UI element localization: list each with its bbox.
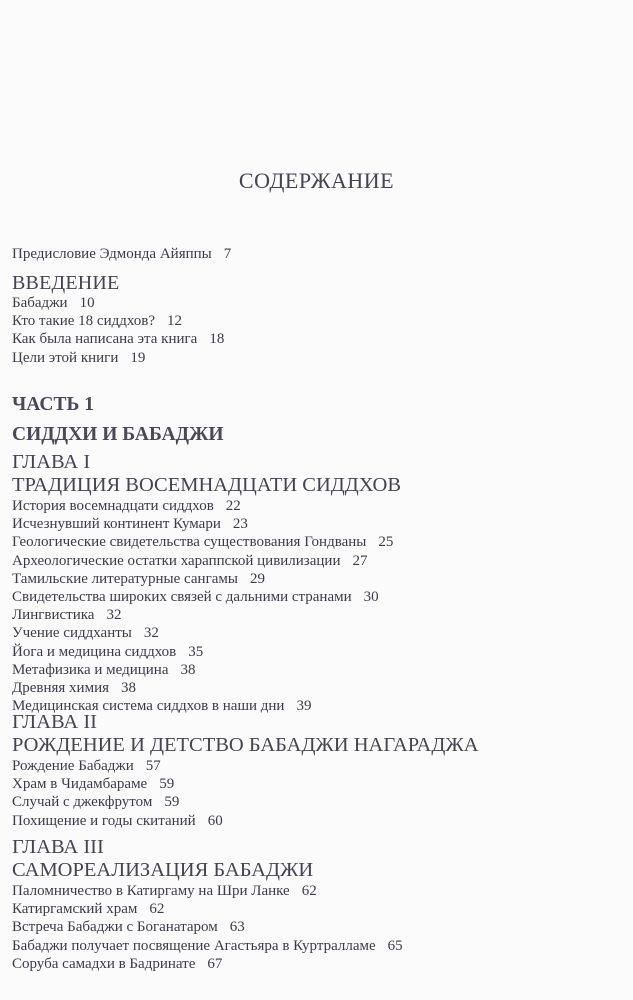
entry-label: Древняя химия [12,680,109,696]
entry-page: 35 [188,644,203,660]
entry-page: 23 [233,516,248,532]
part-label: ЧАСТЬ 1 [12,390,224,420]
toc-entry[interactable]: Древняя химия38 [12,679,401,697]
chapter-label: ГЛАВА II [12,711,479,734]
entry-page: 60 [208,813,223,829]
entry-page: 10 [80,295,95,311]
chapter-label: ГЛАВА III [12,836,403,859]
entry-label: Тамильские литературные сангамы [12,571,238,587]
entry-page: 38 [181,662,196,678]
toc-entry[interactable]: Бабаджи получает посвящение Агастьяра в … [12,937,403,955]
entry-page: 57 [146,758,161,774]
entry-page: 65 [388,938,403,954]
entry-label: Свидетельства широких связей с дальними … [12,589,352,605]
toc-entry[interactable]: Встреча Бабаджи с Боганатаром63 [12,918,403,936]
toc-entry[interactable]: Геологические свидетельства существовани… [12,533,401,551]
entry-label: Учение сиддханты [12,625,132,641]
chapter-title: ТРАДИЦИЯ ВОСЕМНАДЦАТИ СИДДХОВ [12,474,401,497]
entry-label: Как была написана эта книга [12,331,197,347]
toc-entry[interactable]: Метафизика и медицина38 [12,661,401,679]
toc-entry[interactable]: Бабаджи10 [12,294,224,312]
toc-entry[interactable]: Тамильские литературные сангамы29 [12,570,401,588]
entry-label: Археологические остатки хараппской цивил… [12,553,340,569]
page-title: СОДЕРЖАНИЕ [0,168,633,194]
toc-entry[interactable]: Лингвистика32 [12,606,401,624]
entry-page: 62 [302,883,317,899]
entry-page: 32 [106,607,121,623]
entry-page: 67 [207,956,222,972]
entry-page: 7 [224,246,232,262]
entry-label: Геологические свидетельства существовани… [12,534,366,550]
toc-entry[interactable]: Соруба самадхи в Бадринате67 [12,955,403,973]
chapter-title: САМОРЕАЛИЗАЦИЯ БАБАДЖИ [12,859,403,882]
toc-entry[interactable]: Археологические остатки хараппской цивил… [12,552,401,570]
chapter-label: ГЛАВА I [12,451,401,474]
preface-block: Предисловие Эдмонда Айяппы7 [12,245,231,263]
toc-entry[interactable]: Свидетельства широких связей с дальними … [12,588,401,606]
toc-entry[interactable]: Йога и медицина сиддхов35 [12,643,401,661]
toc-entry[interactable]: Цели этой книги19 [12,349,224,367]
entry-page: 32 [144,625,159,641]
entry-page: 25 [378,534,393,550]
entry-page: 29 [250,571,265,587]
entry-label: Рождение Бабаджи [12,758,134,774]
entry-page: 59 [164,794,179,810]
entry-label: Йога и медицина сиддхов [12,644,176,660]
entry-label: Катиргамский храм [12,901,137,917]
toc-entry[interactable]: Как была написана эта книга18 [12,330,224,348]
entry-label: Цели этой книги [12,350,118,366]
toc-entry[interactable]: Исчезнувший континент Кумари23 [12,515,401,533]
chapter-1-section: ГЛАВА I ТРАДИЦИЯ ВОСЕМНАДЦАТИ СИДДХОВ Ис… [12,451,401,715]
entry-label: Случай с джекфрутом [12,794,152,810]
entry-label: Метафизика и медицина [12,662,169,678]
toc-entry[interactable]: Кто такие 18 сиддхов?12 [12,312,224,330]
entry-page: 22 [226,498,241,514]
entry-label: Храм в Чидамбараме [12,776,147,792]
entry-page: 38 [121,680,136,696]
chapter-3-section: ГЛАВА III САМОРЕАЛИЗАЦИЯ БАБАДЖИ Паломни… [12,836,403,973]
chapter-2-section: ГЛАВА II РОЖДЕНИЕ И ДЕТСТВО БАБАДЖИ НАГА… [12,711,479,830]
entry-label: Исчезнувший континент Кумари [12,516,221,532]
toc-entry[interactable]: Похищение и годы скитаний60 [12,812,479,830]
toc-entry-preface[interactable]: Предисловие Эдмонда Айяппы7 [12,245,231,263]
toc-entry[interactable]: Паломничество в Катиргаму на Шри Ланке62 [12,882,403,900]
part1-header: ЧАСТЬ 1 СИДДХИ И БАБАДЖИ [12,390,224,450]
entry-label: Паломничество в Катиргаму на Шри Ланке [12,883,290,899]
entry-page: 59 [159,776,174,792]
part-title: СИДДХИ И БАБАДЖИ [12,420,224,450]
entry-label: Похищение и годы скитаний [12,813,196,829]
toc-entry[interactable]: Случай с джекфрутом59 [12,793,479,811]
entry-label: Бабаджи получает посвящение Агастьяра в … [12,938,376,954]
toc-entry[interactable]: Храм в Чидамбараме59 [12,775,479,793]
entry-page: 62 [149,901,164,917]
entry-label: Лингвистика [12,607,94,623]
introduction-heading: ВВЕДЕНИЕ [12,272,224,294]
entry-label: История восемнадцати сиддхов [12,498,214,514]
entry-page: 18 [209,331,224,347]
entry-label: Соруба самадхи в Бадринате [12,956,195,972]
toc-page: СОДЕРЖАНИЕ Предисловие Эдмонда Айяппы7 В… [0,0,633,1000]
entry-page: 63 [230,919,245,935]
toc-entry[interactable]: Катиргамский храм62 [12,900,403,918]
entry-label: Встреча Бабаджи с Боганатаром [12,919,218,935]
introduction-section: ВВЕДЕНИЕ Бабаджи10 Кто такие 18 сиддхов?… [12,272,224,367]
entry-page: 19 [130,350,145,366]
entry-page: 27 [352,553,367,569]
entry-page: 30 [364,589,379,605]
entry-label: Бабаджи [12,295,68,311]
entry-page: 12 [167,313,182,329]
toc-entry[interactable]: Рождение Бабаджи57 [12,757,479,775]
toc-entry[interactable]: Учение сиддханты32 [12,624,401,642]
toc-entry[interactable]: История восемнадцати сиддхов22 [12,497,401,515]
chapter-title: РОЖДЕНИЕ И ДЕТСТВО БАБАДЖИ НАГАРАДЖА [12,734,479,757]
entry-label: Кто такие 18 сиддхов? [12,313,155,329]
entry-label: Предисловие Эдмонда Айяппы [12,246,212,262]
